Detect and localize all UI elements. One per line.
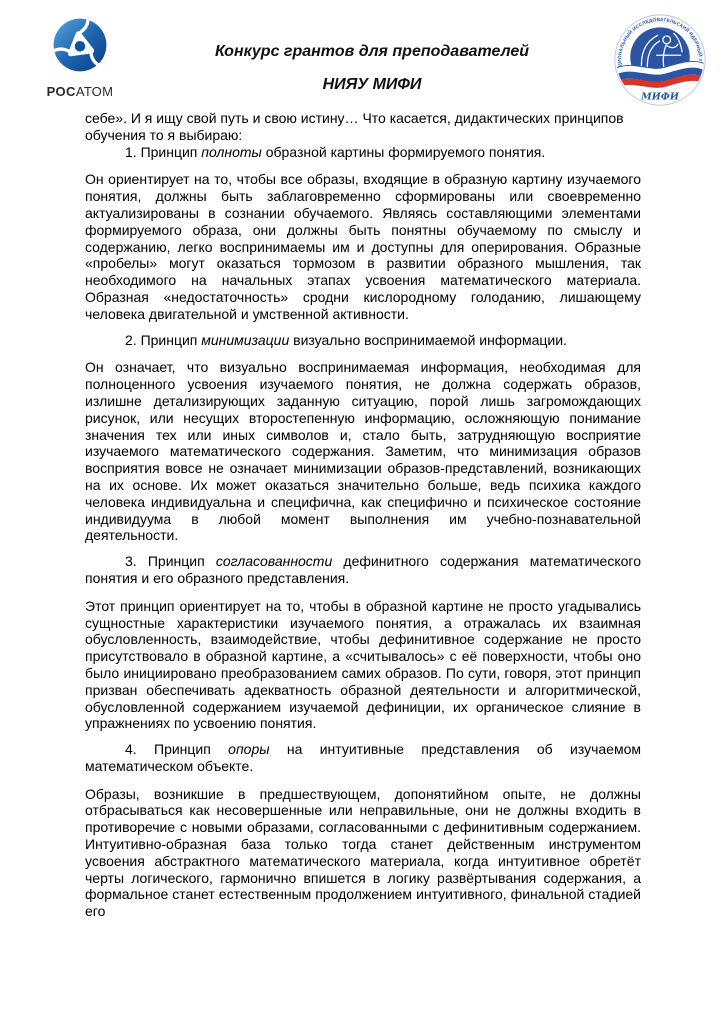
document-page: РОСАТОМ Конкурс грантов для преподавател… xyxy=(0,0,724,1024)
emphasis-text: минимизации xyxy=(201,332,289,348)
document-header: Конкурс грантов для преподавателей НИЯУ … xyxy=(140,43,604,94)
paragraph: Образы, возникшие в предшествующем, допо… xyxy=(85,786,641,920)
text-run: Он означает, что визуально воспринимаема… xyxy=(85,359,641,543)
text-run: образной картины формируемого понятия. xyxy=(262,144,545,160)
rosatom-label-light: АТОМ xyxy=(76,84,114,99)
rosatom-atom-icon xyxy=(47,12,113,78)
rosatom-label: РОСАТОМ xyxy=(26,84,134,99)
paragraph: себе». И я ищу свой путь и свою истину… … xyxy=(85,110,641,144)
rosatom-label-bold: РОС xyxy=(47,84,76,99)
mifi-script-label: МИФИ xyxy=(640,91,680,102)
emphasis-text: согласованности xyxy=(216,553,332,569)
text-run: Этот принцип ориентирует на то, чтобы в … xyxy=(85,598,641,732)
emphasis-text: полноты xyxy=(201,144,262,160)
document-body: себе». И я ищу свой путь и свою истину… … xyxy=(85,110,641,929)
principle-heading: 1. Принцип полноты образной картины форм… xyxy=(85,144,641,161)
text-run: 4. Принцип xyxy=(125,741,228,757)
principle-heading: 3. Принцип согласованности дефинитного с… xyxy=(85,553,641,587)
principle-heading: 2. Принцип минимизации визуально восприн… xyxy=(85,332,641,349)
text-run: визуально воспринимаемой информации. xyxy=(289,332,567,348)
rosatom-logo: РОСАТОМ xyxy=(26,12,134,99)
principle-heading: 4. Принцип опоры на интуитивные представ… xyxy=(85,741,641,775)
mifi-logo: НАЦИОНАЛЬНЫЙ ИССЛЕДОВАТЕЛЬСКИЙ ЯДЕРНЫЙ У… xyxy=(612,12,708,108)
paragraph: Он означает, что визуально воспринимаема… xyxy=(85,359,641,544)
text-run: себе». И я ищу свой путь и свою истину… … xyxy=(85,110,624,143)
page-title: Конкурс грантов для преподавателей xyxy=(140,43,604,61)
text-run: 1. Принцип xyxy=(125,144,201,160)
paragraph: Этот принцип ориентирует на то, чтобы в … xyxy=(85,598,641,732)
text-run: 2. Принцип xyxy=(125,332,201,348)
emphasis-text: опоры xyxy=(228,741,269,757)
text-run: Он ориентирует на то, чтобы все образы, … xyxy=(85,171,641,321)
mifi-emblem-icon: НАЦИОНАЛЬНЫЙ ИССЛЕДОВАТЕЛЬСКИЙ ЯДЕРНЫЙ У… xyxy=(612,12,708,108)
paragraph: Он ориентирует на то, чтобы все образы, … xyxy=(85,171,641,322)
text-run: Образы, возникшие в предшествующем, допо… xyxy=(85,786,641,920)
page-subtitle: НИЯУ МИФИ xyxy=(140,76,604,94)
text-run: 3. Принцип xyxy=(125,553,216,569)
